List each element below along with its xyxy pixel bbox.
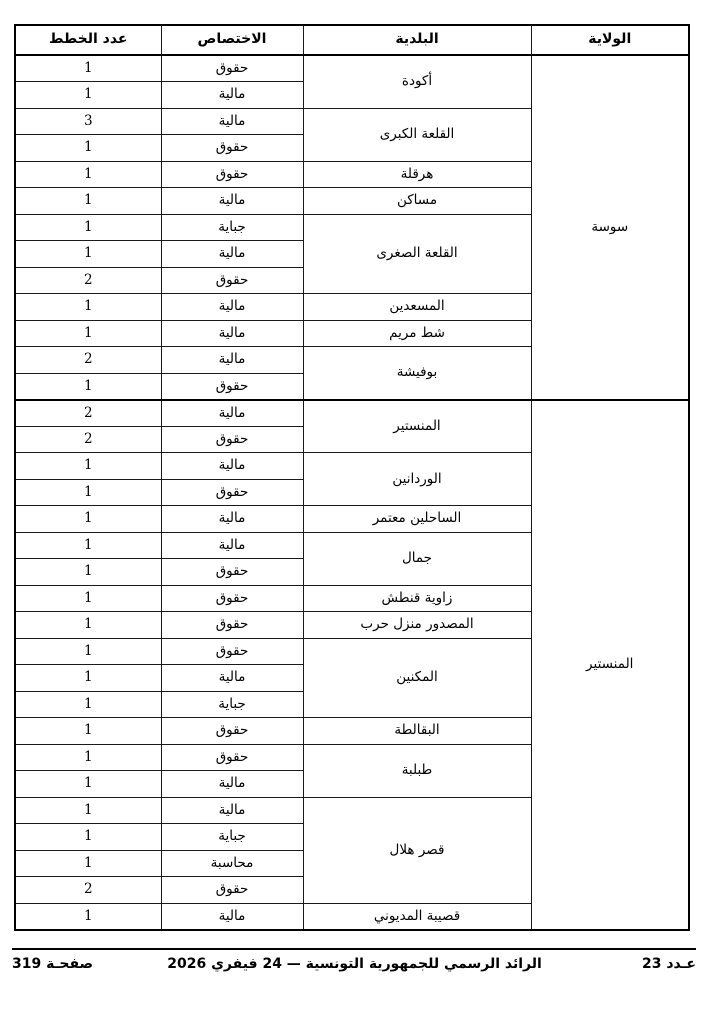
specialization-cell: مالية	[161, 532, 303, 559]
specialization-cell: مالية	[161, 453, 303, 480]
specialization-cell: محاسبة	[161, 850, 303, 877]
count-cell: 2	[15, 426, 161, 453]
specialization-cell: حقوق	[161, 55, 303, 82]
count-cell: 1	[15, 506, 161, 533]
count-cell: 1	[15, 744, 161, 771]
municipality-cell: المكنين	[303, 638, 531, 718]
count-cell: 1	[15, 135, 161, 162]
count-cell: 1	[15, 691, 161, 718]
specialization-cell: حقوق	[161, 267, 303, 294]
count-cell: 1	[15, 373, 161, 400]
count-cell: 1	[15, 453, 161, 480]
municipality-cell: أكودة	[303, 55, 531, 108]
specialization-cell: مالية	[161, 506, 303, 533]
specialization-cell: حقوق	[161, 161, 303, 188]
specialization-cell: حقوق	[161, 426, 303, 453]
count-cell: 1	[15, 320, 161, 347]
municipality-cell: القلعة الكبرى	[303, 108, 531, 161]
header-municipality: البلدية	[303, 25, 531, 55]
specialization-cell: جباية	[161, 824, 303, 851]
specialization-cell: مالية	[161, 188, 303, 215]
header-count: عدد الخطط	[15, 25, 161, 55]
specialization-cell: مالية	[161, 903, 303, 930]
municipality-cell: القلعة الصغرى	[303, 214, 531, 294]
specialization-cell: مالية	[161, 771, 303, 798]
table-body: سوسةأكودةحقوق1مالية1القلعة الكبرىمالية3ح…	[15, 55, 689, 930]
count-cell: 2	[15, 877, 161, 904]
count-cell: 1	[15, 797, 161, 824]
header-specialization: الاختصاص	[161, 25, 303, 55]
governorate-cell: المنستير	[531, 400, 689, 930]
municipality-cell: الساحلين معتمر	[303, 506, 531, 533]
page-footer: عـدد 23 الرائد الرسمي للجمهورية التونسية…	[12, 956, 696, 972]
specialization-cell: حقوق	[161, 135, 303, 162]
count-cell: 3	[15, 108, 161, 135]
count-cell: 1	[15, 771, 161, 798]
count-cell: 1	[15, 665, 161, 692]
specialization-cell: مالية	[161, 241, 303, 268]
specialization-cell: مالية	[161, 320, 303, 347]
count-cell: 1	[15, 82, 161, 109]
specialization-cell: حقوق	[161, 638, 303, 665]
count-cell: 1	[15, 214, 161, 241]
header-governorate: الولاية	[531, 25, 689, 55]
specialization-cell: حقوق	[161, 479, 303, 506]
specialization-cell: مالية	[161, 108, 303, 135]
specialization-cell: مالية	[161, 82, 303, 109]
municipality-cell: المنستير	[303, 400, 531, 453]
count-cell: 1	[15, 532, 161, 559]
header-row: الولاية البلدية الاختصاص عدد الخطط	[15, 25, 689, 55]
count-cell: 1	[15, 188, 161, 215]
municipality-cell: البقالطة	[303, 718, 531, 745]
municipality-cell: جمال	[303, 532, 531, 585]
specialization-cell: مالية	[161, 400, 303, 427]
count-cell: 1	[15, 55, 161, 82]
gazette-page: الولاية البلدية الاختصاص عدد الخطط سوسةأ…	[0, 0, 709, 1024]
table-row: سوسةأكودةحقوق1	[15, 55, 689, 82]
specialization-cell: مالية	[161, 665, 303, 692]
count-cell: 1	[15, 585, 161, 612]
table-row: المنستيرالمنستيرمالية2	[15, 400, 689, 427]
municipality-cell: مساكن	[303, 188, 531, 215]
municipality-cell: المصدور منزل حرب	[303, 612, 531, 639]
specialization-cell: حقوق	[161, 877, 303, 904]
footer-divider	[12, 948, 696, 950]
count-cell: 2	[15, 347, 161, 374]
municipality-cell: هرقلة	[303, 161, 531, 188]
municipality-cell: قصيبة المديوني	[303, 903, 531, 930]
specialization-cell: جباية	[161, 214, 303, 241]
specialization-cell: حقوق	[161, 718, 303, 745]
municipality-cell: طبلبة	[303, 744, 531, 797]
municipality-cell: قصر هلال	[303, 797, 531, 903]
specialization-cell: مالية	[161, 797, 303, 824]
page-number: صفحـة 319	[12, 956, 93, 972]
count-cell: 1	[15, 294, 161, 321]
count-cell: 1	[15, 903, 161, 930]
governorate-cell: سوسة	[531, 55, 689, 400]
journal-title: الرائد الرسمي للجمهورية التونسية — 24 في…	[93, 956, 616, 972]
count-cell: 2	[15, 400, 161, 427]
municipality-cell: شط مريم	[303, 320, 531, 347]
issue-number: عـدد 23	[616, 956, 696, 972]
specialization-cell: مالية	[161, 347, 303, 374]
table-header: الولاية البلدية الاختصاص عدد الخطط	[15, 25, 689, 55]
specialization-cell: حقوق	[161, 585, 303, 612]
count-cell: 1	[15, 638, 161, 665]
specialization-cell: حقوق	[161, 373, 303, 400]
positions-table: الولاية البلدية الاختصاص عدد الخطط سوسةأ…	[14, 24, 690, 931]
count-cell: 1	[15, 824, 161, 851]
count-cell: 1	[15, 559, 161, 586]
count-cell: 1	[15, 161, 161, 188]
count-cell: 1	[15, 612, 161, 639]
specialization-cell: جباية	[161, 691, 303, 718]
count-cell: 1	[15, 718, 161, 745]
count-cell: 1	[15, 241, 161, 268]
specialization-cell: حقوق	[161, 612, 303, 639]
count-cell: 1	[15, 479, 161, 506]
count-cell: 1	[15, 850, 161, 877]
municipality-cell: الوردانين	[303, 453, 531, 506]
specialization-cell: حقوق	[161, 744, 303, 771]
specialization-cell: حقوق	[161, 559, 303, 586]
municipality-cell: زاوية قنطش	[303, 585, 531, 612]
specialization-cell: مالية	[161, 294, 303, 321]
municipality-cell: المسعدين	[303, 294, 531, 321]
count-cell: 2	[15, 267, 161, 294]
municipality-cell: بوفيشة	[303, 347, 531, 400]
